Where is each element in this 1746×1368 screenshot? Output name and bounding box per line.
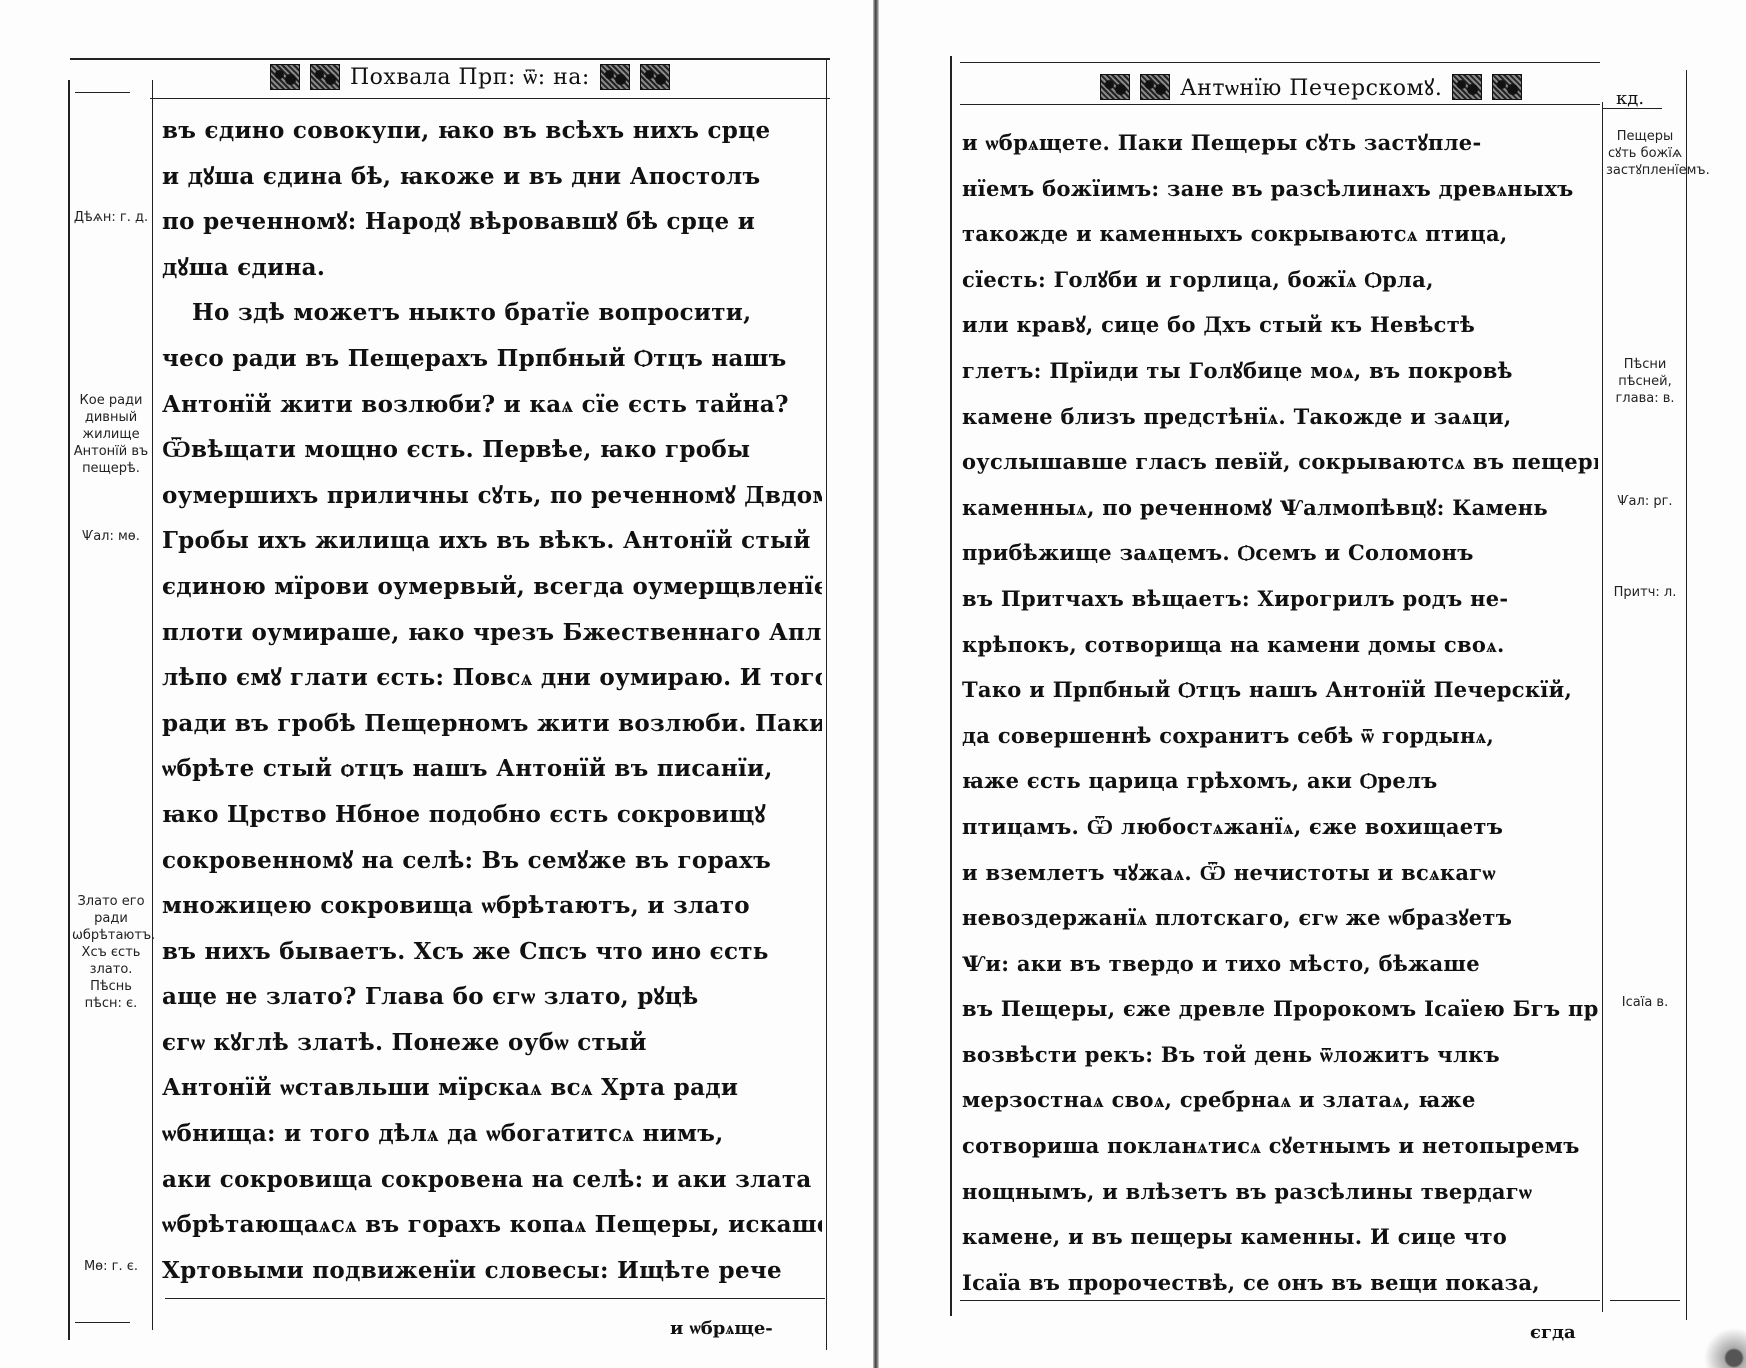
margin-note: Пѣсни пѣсней, глава: в. bbox=[1606, 356, 1684, 407]
text-line: крѣпокъ, сотворища на камени домы своѧ. bbox=[962, 622, 1598, 668]
text-line: сотвориша покланѧтисѧ сꙋетнымъ и нетопыр… bbox=[962, 1123, 1598, 1169]
text-line: аще не злато? Глава бо єгѡ злато, рꙋцѣ bbox=[162, 974, 822, 1020]
text-line: ꙗко Црство Нбное подобно єсть сокровищꙋ bbox=[162, 792, 822, 838]
text-line: нїемъ божїимъ: зане въ разсѣлинахъ древѧ… bbox=[962, 166, 1598, 212]
margin-note: Ѱал: рг. bbox=[1606, 493, 1684, 510]
margin-note: Мѳ: г. є. bbox=[72, 1258, 150, 1275]
margin-note: Ісаїа в. bbox=[1606, 994, 1684, 1011]
text-line: нощнымъ, и влѣзетъ въ разсѣлины твердагѡ bbox=[962, 1169, 1598, 1215]
text-line: сїесть: Голꙋби и горлица, божїѧ Ѻрла, bbox=[962, 257, 1598, 303]
top-rule bbox=[70, 58, 830, 60]
text-line: невоздержанїѧ плотскаго, єгѡ же ѡбразꙋет… bbox=[962, 895, 1598, 941]
text-line: чесо ради въ Пещерахъ Прпбный Ѻтцъ нашъ bbox=[162, 336, 822, 382]
text-line: каменныѧ, по реченномꙋ Ѱалмопѣвцꙋ: Камен… bbox=[962, 485, 1598, 531]
running-head-right: Антѡнїю Печерскомꙋ. bbox=[1100, 72, 1522, 102]
folio-rule bbox=[1602, 108, 1662, 109]
right-body-text: и ѡбрѧщете. Паки Пещеры сꙋть застꙋпле-нї… bbox=[962, 120, 1598, 1305]
text-line: оуслышавше гласъ певїй, сокрываютсѧ въ п… bbox=[962, 439, 1598, 485]
ornament-icon bbox=[1452, 74, 1482, 100]
text-line: въ Пещеры, єже древле Пророкомъ Ісаїею Б… bbox=[962, 986, 1598, 1032]
text-line: лѣпо ємꙋ глати єсть: Повсѧ дни оумираю. … bbox=[162, 655, 822, 701]
text-line: или кравꙋ, сице бо Дхъ стый къ Невѣстѣ bbox=[962, 302, 1598, 348]
text-line: такожде и каменныхъ сокрываютсѧ птица, bbox=[962, 211, 1598, 257]
right-page: Антѡнїю Печерскомꙋ. кд. и ѡбрѧщете. Паки… bbox=[890, 0, 1746, 1368]
book-spread: Похвала Прп: ѿ: на: въ єдино совокупи, ꙗ… bbox=[0, 0, 1746, 1368]
ornament-icon bbox=[640, 64, 670, 90]
text-line: Тако и Прпбный Ѻтцъ нашъ Антонїй Печерск… bbox=[962, 667, 1598, 713]
text-line: прибѣжище заѧцемъ. Ѻсемъ и Соломонъ bbox=[962, 530, 1598, 576]
text-line: и ѡбрѧщете. Паки Пещеры сꙋть застꙋпле- bbox=[962, 120, 1598, 166]
text-line: Ѱи: аки въ твердо и тихо мѣсто, бѣжаше bbox=[962, 941, 1598, 987]
text-line: мерзостнаѧ своѧ, сребрнаѧ и златаѧ, ꙗже bbox=[962, 1077, 1598, 1123]
text-line: сокровенномꙋ на селѣ: Въ семꙋже въ горах… bbox=[162, 838, 822, 884]
inner-column-rule bbox=[152, 80, 153, 1330]
left-body-text: въ єдино совокупи, ꙗко въ всѣхъ нихъ срц… bbox=[162, 108, 822, 1293]
catchword-right: єгда bbox=[1530, 1322, 1576, 1343]
text-line: Антонїй жити возлюби? и каѧ сїе єсть тай… bbox=[162, 382, 822, 428]
running-head-text: Похвала Прп: ѿ: на: bbox=[350, 64, 590, 90]
text-line: Антонїй ѡставльши мїрскаѧ всѧ Хрта ради bbox=[162, 1065, 822, 1111]
margin-note: Злато его ради ѡбрѣтаютъ. Хсъ єсть злато… bbox=[72, 893, 150, 1012]
text-line: плоти оумираше, ꙗко чрезъ Бжественнаго А… bbox=[162, 610, 822, 656]
ornament-icon bbox=[1492, 74, 1522, 100]
folio-number: кд. bbox=[1616, 88, 1644, 109]
text-line: и дꙋша єдина бѣ, ꙗкоже и въ дни Апостолъ bbox=[162, 154, 822, 200]
right-rule bbox=[826, 60, 827, 1350]
scan-artifact bbox=[1686, 1318, 1746, 1368]
text-line: Ісаїа въ пророчествѣ, се онъ въ вещи пок… bbox=[962, 1260, 1598, 1306]
ornament-icon bbox=[1140, 74, 1170, 100]
top-rule bbox=[960, 62, 1600, 63]
text-line: камене, и въ пещеры каменны. И сице что bbox=[962, 1214, 1598, 1260]
margin-bottom-rule bbox=[75, 1322, 130, 1323]
text-line: глетъ: Прїиди ты Голꙋбице моѧ, въ покров… bbox=[962, 348, 1598, 394]
margin-note: Дѣѧн: г. д. bbox=[72, 209, 150, 226]
text-line: ꙗже єсть царица грѣхомъ, аки Ѻрелъ bbox=[962, 758, 1598, 804]
text-line: єгѡ кꙋглѣ златѣ. Понеже оубѡ стый bbox=[162, 1020, 822, 1066]
inner-column-rule bbox=[1602, 102, 1603, 1312]
text-line: возвѣсти рекъ: Въ той день ѿложитъ члкъ bbox=[962, 1032, 1598, 1078]
text-line: єдиною мїрови оумервый, всегда оумерщвле… bbox=[162, 564, 822, 610]
outer-rule bbox=[68, 80, 70, 1340]
ornament-icon bbox=[270, 64, 300, 90]
outer-rule-right bbox=[1686, 70, 1687, 1320]
text-line: да совершеннѣ сохранитъ себѣ ѿ гордынѧ, bbox=[962, 713, 1598, 759]
text-line: Ѿвѣщати мощно єсть. Первѣе, ꙗко гробы bbox=[162, 427, 822, 473]
text-line: Гробы ихъ жилища ихъ въ вѣкъ. Антонїй ст… bbox=[162, 518, 822, 564]
text-line: камене близъ предстѣнїѧ. Такожде и заѧци… bbox=[962, 394, 1598, 440]
margin-bottom-rule bbox=[1610, 1300, 1680, 1301]
text-line: ѡбрѣтающаѧсѧ въ горахъ копаѧ Пещеры, иск… bbox=[162, 1202, 822, 1248]
text-line: по реченномꙋ: Народꙋ вѣровавшꙋ бѣ срце и bbox=[162, 199, 822, 245]
text-line: множицею сокровища ѡбрѣтаютъ, и злато bbox=[162, 883, 822, 929]
text-line: въ нихъ бываетъ. Хсъ же Спсъ что ино єст… bbox=[162, 929, 822, 975]
text-line: ѡбрѣте стый ѻтцъ нашъ Антонїй въ писанїи… bbox=[162, 746, 822, 792]
margin-note: Ѱал: мѳ. bbox=[72, 528, 150, 545]
head-rule bbox=[960, 104, 1600, 105]
text-line: птицамъ. Ѿ любостѧжанїѧ, єже вохищаетъ bbox=[962, 804, 1598, 850]
ornament-icon bbox=[310, 64, 340, 90]
ornament-icon bbox=[600, 64, 630, 90]
book-gutter bbox=[873, 0, 879, 1368]
head-rule bbox=[150, 98, 830, 99]
text-line: дꙋша єдина. bbox=[162, 245, 822, 291]
margin-note: Кое ради дивный жилище Антонїй въ пещерѣ… bbox=[72, 392, 150, 477]
running-head-text: Антѡнїю Печерскомꙋ. bbox=[1180, 72, 1442, 102]
text-line: ради въ гробѣ Пещерномъ жити возлюби. Па… bbox=[162, 701, 822, 747]
ornament-icon bbox=[1100, 74, 1130, 100]
text-line: Но здѣ можетъ ныкто братїе вопросити, bbox=[162, 290, 822, 336]
running-head-left: Похвала Прп: ѿ: на: bbox=[270, 64, 670, 90]
catchword-left: и ѡбрѧще- bbox=[670, 1318, 773, 1339]
text-line: Хртовыми подвиженїи словесы: Ищѣте рече bbox=[162, 1248, 822, 1294]
margin-note: Притч: л. bbox=[1606, 584, 1684, 601]
text-line: ѡбнища: и того дѣлѧ да ѡбогатитсѧ нимъ, bbox=[162, 1111, 822, 1157]
left-page: Похвала Прп: ѿ: на: въ єдино совокупи, ꙗ… bbox=[0, 0, 860, 1368]
text-line: въ Притчахъ вѣщаетъ: Хирогрилъ родъ не- bbox=[962, 576, 1598, 622]
margin-note: Пещеры сꙋть божїѧ застꙋпленїемъ. bbox=[1606, 128, 1684, 179]
text-line: аки сокровища сокровена на селѣ: и аки з… bbox=[162, 1157, 822, 1203]
text-line: въ єдино совокупи, ꙗко въ всѣхъ нихъ срц… bbox=[162, 108, 822, 154]
text-line: и вземлетъ чꙋжаѧ. Ѿ нечистоты и всѧкагѡ bbox=[962, 850, 1598, 896]
bottom-rule bbox=[165, 1298, 825, 1299]
outer-rule-left bbox=[950, 56, 952, 1316]
margin-top-rule bbox=[75, 92, 130, 93]
text-line: оумершихъ приличны сꙋть, по реченномꙋ Дв… bbox=[162, 473, 822, 519]
